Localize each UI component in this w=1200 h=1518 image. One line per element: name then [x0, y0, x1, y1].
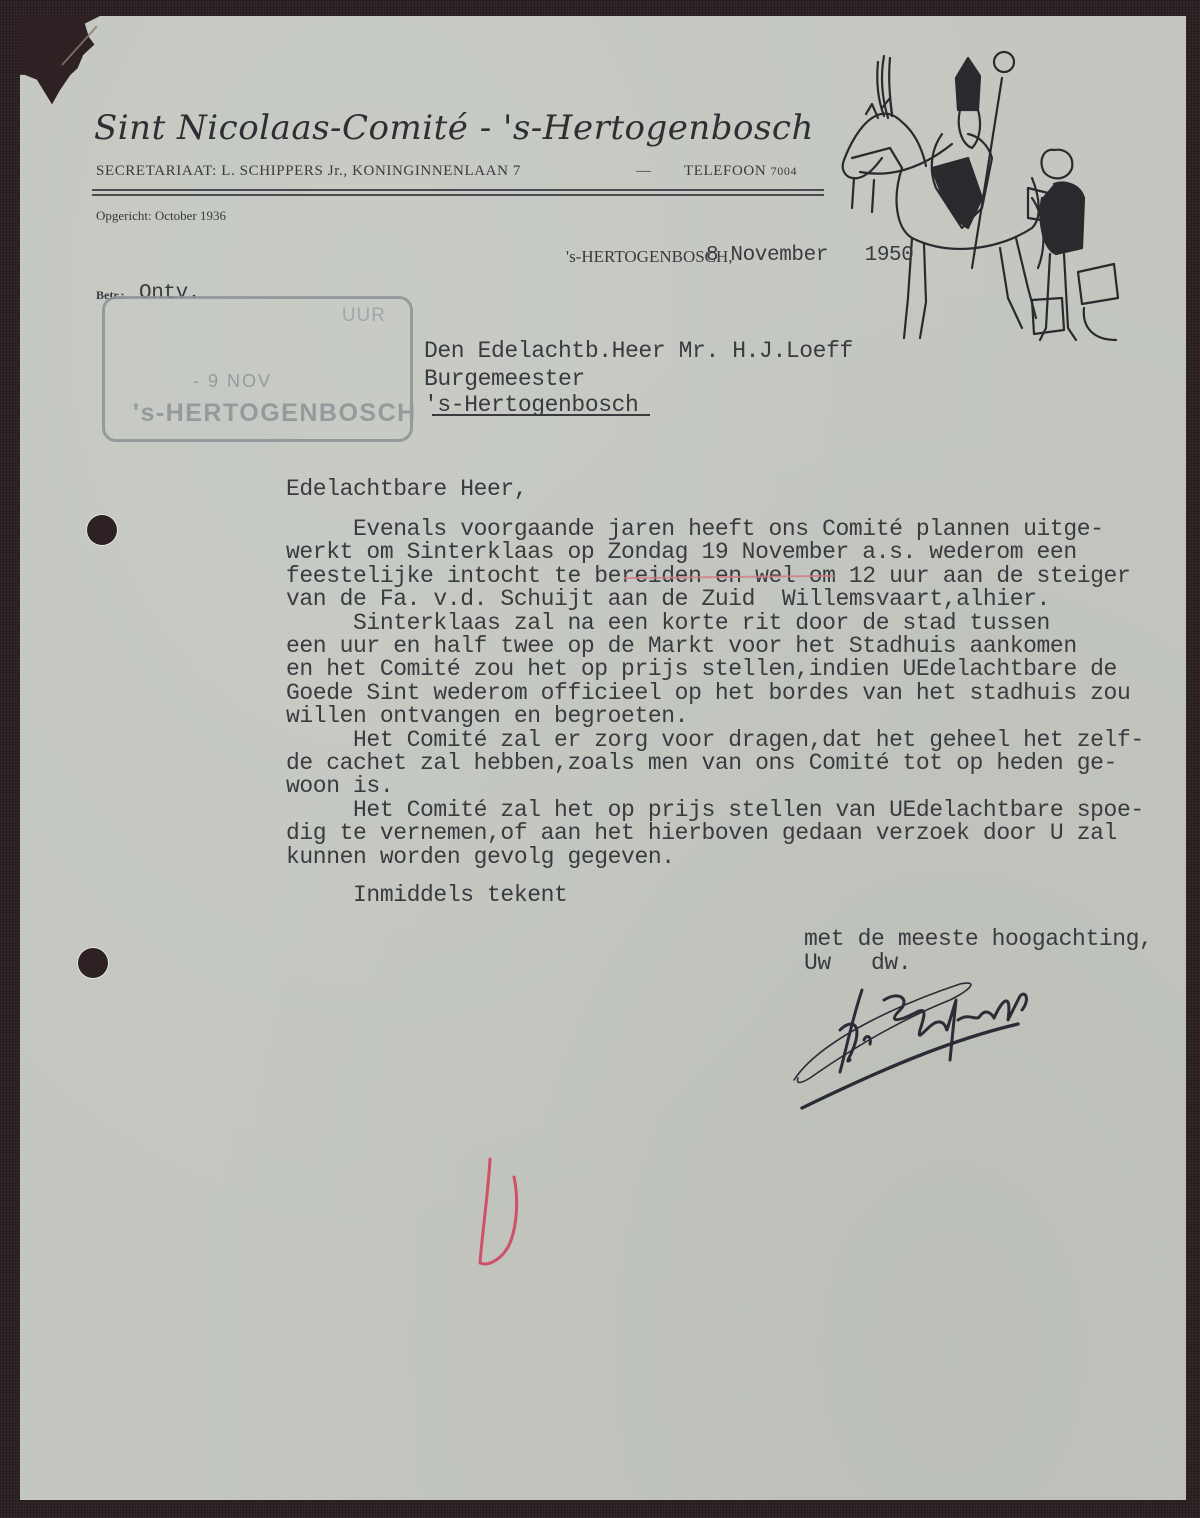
- body-line: willen ontvangen en begroeten.: [286, 705, 1144, 728]
- body-line: kunnen worden gevolg gegeven.: [286, 846, 1144, 869]
- double-rule-bottom: [92, 194, 824, 196]
- org-title: Sint Nicolaas-Comité - 's-Hertogenbosch: [94, 108, 814, 148]
- address: KONINGINNENLAAN 7: [352, 163, 521, 179]
- sinterklaas-illustration-icon: [832, 48, 1122, 348]
- salutation: Edelachtbare Heer,: [286, 478, 527, 501]
- body-line: dig te vernemen,of aan het hierboven ged…: [286, 822, 1144, 845]
- body-line: Het Comité zal er zorg voor dragen,dat h…: [286, 729, 1144, 752]
- phone-number: 7004: [771, 164, 797, 178]
- body-line: en het Comité zou het op prijs stellen,i…: [286, 658, 1144, 681]
- stamp-date: - 9 NOV: [193, 371, 272, 392]
- body-line: Goede Sint wederom officieel op het bord…: [286, 682, 1144, 705]
- received-stamp: UUR - 9 NOV 's-HERTOGENBOSCH: [102, 296, 413, 442]
- body-line: woon is.: [286, 775, 1144, 798]
- phone: TELEFOON 7004: [684, 163, 797, 180]
- letter-body: Evenals voorgaande jaren heeft ons Comit…: [286, 518, 1144, 869]
- body-line: een uur en half twee op de Markt voor he…: [286, 635, 1144, 658]
- closing-line-1: met de meeste hoogachting,: [804, 928, 1152, 951]
- body-line: Sinterklaas zal na een korte rit door de…: [286, 612, 1144, 635]
- signature-icon: [780, 960, 1080, 1110]
- closing-intro: Inmiddels tekent: [286, 884, 567, 907]
- letterhead-contact-line: SECRETARIAAT: L. SCHIPPERS Jr., KONINGIN…: [96, 163, 521, 180]
- phone-label: TELEFOON: [684, 163, 766, 179]
- recipient-line-2: Burgemeester: [424, 368, 585, 391]
- body-line: van de Fa. v.d. Schuijt aan de Zuid Will…: [286, 588, 1144, 611]
- recipient-underline: [432, 414, 650, 416]
- stamp-city: 's-HERTOGENBOSCH: [133, 399, 417, 428]
- body-line: de cachet zal hebben,zoals men van ons C…: [286, 752, 1144, 775]
- letterhead-dash: —: [636, 163, 652, 180]
- recipient-line-1: Den Edelachtb.Heer Mr. H.J.Loeff: [424, 340, 853, 363]
- body-line: Evenals voorgaande jaren heeft ons Comit…: [286, 518, 1144, 541]
- double-rule-top: [92, 189, 824, 191]
- stamp-top-text: UUR: [342, 305, 386, 327]
- red-pencil-mark-icon: [470, 1155, 530, 1275]
- secretary-name: L. SCHIPPERS Jr.,: [221, 163, 348, 179]
- date-typed: 8 November 1950: [706, 244, 913, 267]
- punch-hole-bottom: [78, 948, 108, 978]
- punch-hole-top: [87, 515, 117, 545]
- body-line: werkt om Sinterklaas op Zondag 19 Novemb…: [286, 541, 1144, 564]
- secretariat-label: SECRETARIAAT:: [96, 163, 217, 179]
- founded-line: Opgericht: October 1936: [96, 208, 226, 224]
- body-line: Het Comité zal het op prijs stellen van …: [286, 799, 1144, 822]
